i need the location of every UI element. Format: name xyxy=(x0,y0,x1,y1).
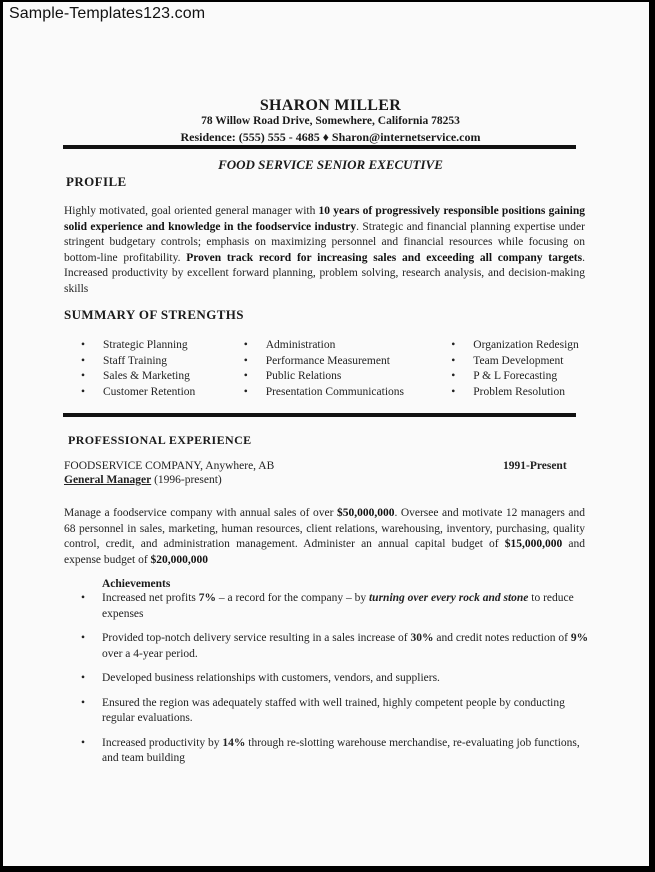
strength-item: •Team Development xyxy=(451,354,601,370)
bullet-icon: • xyxy=(451,385,473,401)
experience-heading: PROFESSIONAL EXPERIENCE xyxy=(68,433,252,448)
applicant-contact: Residence: (555) 555 - 4685 ♦ Sharon@int… xyxy=(3,130,655,145)
strength-label: Staff Training xyxy=(103,354,167,370)
resume-page: Sample-Templates123.com SHARON MILLER 78… xyxy=(0,0,655,872)
header-divider xyxy=(63,145,576,149)
job-position: General Manager xyxy=(64,474,151,486)
bullet-icon: • xyxy=(244,369,266,385)
text-run: Increased productivity by xyxy=(102,737,222,749)
job-company: FOODSERVICE COMPANY, Anywhere, AB xyxy=(64,460,274,472)
strength-item: •Administration xyxy=(244,338,452,354)
emphasis-text: $20,000,000 xyxy=(151,554,209,566)
achievement-item: •Provided top-notch delivery service res… xyxy=(81,631,591,662)
resume-headline: FOOD SERVICE SENIOR EXECUTIVE xyxy=(3,157,655,173)
text-run: and credit notes reduction of xyxy=(433,632,570,644)
strength-item: •Customer Retention xyxy=(81,385,244,401)
achievement-item: •Increased net profits 7% – a record for… xyxy=(81,591,591,622)
strengths-column: •Organization Redesign•Team Development•… xyxy=(451,338,601,400)
bullet-icon: • xyxy=(244,354,266,370)
achievement-text: Increased net profits 7% – a record for … xyxy=(102,591,591,622)
strength-label: Customer Retention xyxy=(103,385,195,401)
emphasis-text: 9% xyxy=(571,632,588,644)
achievement-item: •Ensured the region was adequately staff… xyxy=(81,696,591,727)
bullet-icon: • xyxy=(81,369,103,385)
achievement-item: •Developed business relationships with c… xyxy=(81,671,591,687)
profile-text: Highly motivated, goal oriented general … xyxy=(64,204,585,297)
watermark: Sample-Templates123.com xyxy=(9,5,205,23)
bullet-icon: • xyxy=(81,631,102,662)
strength-label: Strategic Planning xyxy=(103,338,188,354)
strength-item: •Problem Resolution xyxy=(451,385,601,401)
achievement-text: Provided top-notch delivery service resu… xyxy=(102,631,591,662)
bullet-icon: • xyxy=(81,338,103,354)
strength-label: Problem Resolution xyxy=(473,385,565,401)
strength-label: Administration xyxy=(266,338,336,354)
text-run: Highly motivated, goal oriented general … xyxy=(64,205,319,217)
strength-label: Performance Measurement xyxy=(266,354,390,370)
strength-item: •Strategic Planning xyxy=(81,338,244,354)
text-run: Ensured the region was adequately staffe… xyxy=(102,697,565,725)
emphasis-text: 7% xyxy=(199,592,216,604)
job-title: General Manager (1996-present) xyxy=(64,474,222,486)
applicant-name: SHARON MILLER xyxy=(3,97,655,115)
strength-label: Sales & Marketing xyxy=(103,369,190,385)
strength-item: •P & L Forecasting xyxy=(451,369,601,385)
strength-item: •Public Relations xyxy=(244,369,452,385)
achievements-heading: Achievements xyxy=(102,578,170,590)
strengths-column: •Administration•Performance Measurement•… xyxy=(244,338,452,400)
job-dates: 1991-Present xyxy=(503,460,567,472)
bullet-icon: • xyxy=(451,338,473,354)
bullet-icon: • xyxy=(81,354,103,370)
text-run: over a 4-year period. xyxy=(102,648,198,660)
profile-heading: PROFILE xyxy=(66,174,127,190)
achievement-text: Increased productivity by 14% through re… xyxy=(102,736,591,767)
strength-label: Team Development xyxy=(473,354,563,370)
strength-item: •Organization Redesign xyxy=(451,338,601,354)
strength-label: Public Relations xyxy=(266,369,342,385)
applicant-address: 78 Willow Road Drive, Somewhere, Califor… xyxy=(3,115,655,127)
strengths-divider xyxy=(63,413,576,417)
bullet-icon: • xyxy=(81,385,103,401)
bullet-icon: • xyxy=(451,369,473,385)
bullet-icon: • xyxy=(81,696,102,727)
achievement-text: Ensured the region was adequately staffe… xyxy=(102,696,591,727)
emphasis-text: 30% xyxy=(410,632,433,644)
strengths-column: •Strategic Planning•Staff Training•Sales… xyxy=(81,338,244,400)
bullet-icon: • xyxy=(81,591,102,622)
achievement-item: •Increased productivity by 14% through r… xyxy=(81,736,591,767)
strength-item: •Staff Training xyxy=(81,354,244,370)
strengths-list: •Strategic Planning•Staff Training•Sales… xyxy=(81,338,601,400)
emphasis-text: 14% xyxy=(222,737,245,749)
text-run: Increased net profits xyxy=(102,592,199,604)
bullet-icon: • xyxy=(244,385,266,401)
strengths-heading: SUMMARY OF STRENGTHS xyxy=(64,307,244,323)
emphasis-text: $50,000,000 xyxy=(337,507,395,519)
achievement-text: Developed business relationships with cu… xyxy=(102,671,440,687)
job-position-period: (1996-present) xyxy=(151,474,222,486)
emphasis-text: Proven track record for increasing sales… xyxy=(186,252,582,264)
strength-item: •Sales & Marketing xyxy=(81,369,244,385)
job-description: Manage a foodservice company with annual… xyxy=(64,506,585,568)
text-run: Developed business relationships with cu… xyxy=(102,672,440,684)
emphasis-text: $15,000,000 xyxy=(505,538,563,550)
bullet-icon: • xyxy=(244,338,266,354)
strength-label: Presentation Communications xyxy=(266,385,404,401)
bullet-icon: • xyxy=(81,736,102,767)
bullet-icon: • xyxy=(451,354,473,370)
text-run: – a record for the company – by xyxy=(216,592,369,604)
strength-label: P & L Forecasting xyxy=(473,369,557,385)
emphasis-text: turning over every rock and stone xyxy=(369,592,528,604)
text-run: Provided top-notch delivery service resu… xyxy=(102,632,410,644)
bullet-icon: • xyxy=(81,671,102,687)
strength-item: •Performance Measurement xyxy=(244,354,452,370)
strength-label: Organization Redesign xyxy=(473,338,579,354)
achievements-list: •Increased net profits 7% – a record for… xyxy=(81,591,591,776)
text-run: Manage a foodservice company with annual… xyxy=(64,507,337,519)
strength-item: •Presentation Communications xyxy=(244,385,452,401)
